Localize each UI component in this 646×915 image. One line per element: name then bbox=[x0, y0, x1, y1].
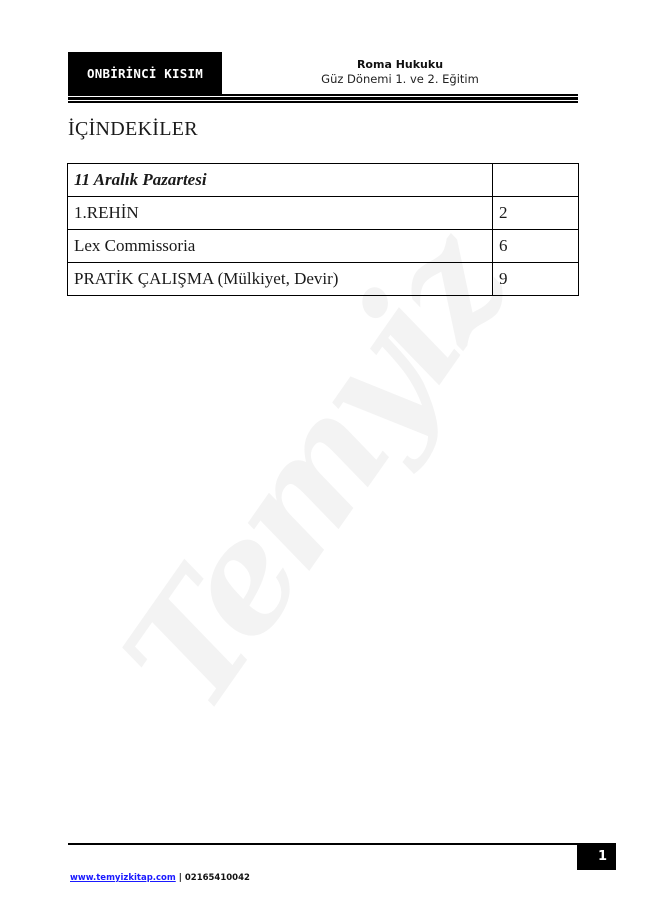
toc-row[interactable]: 1.REHİN 2 bbox=[68, 197, 579, 230]
footer-separator: | bbox=[179, 873, 182, 883]
toc-title: İÇİNDEKİLER bbox=[68, 118, 198, 141]
phone-number: 02165410042 bbox=[185, 873, 250, 883]
header-rule bbox=[68, 101, 578, 103]
header-rule bbox=[68, 94, 578, 96]
toc-entry-page: 2 bbox=[493, 197, 579, 230]
toc-entry-page: 6 bbox=[493, 230, 579, 263]
toc-entry-label[interactable]: PRATİK ÇALIŞMA (Mülkiyet, Devir) bbox=[68, 263, 493, 296]
course-title: Roma Hukuku bbox=[222, 58, 578, 72]
toc-entry-label[interactable]: Lex Commissoria bbox=[68, 230, 493, 263]
part-label-box: ONBİRİNCİ KISIM bbox=[68, 52, 222, 94]
toc-page-cell bbox=[493, 164, 579, 197]
toc-row[interactable]: Lex Commissoria 6 bbox=[68, 230, 579, 263]
toc-row[interactable]: PRATİK ÇALIŞMA (Mülkiyet, Devir) 9 bbox=[68, 263, 579, 296]
header-course-info: Roma Hukuku Güz Dönemi 1. ve 2. Eğitim bbox=[222, 58, 578, 87]
footer-contact: www.temyizkitap.com|02165410042 bbox=[70, 873, 250, 883]
footer-rule bbox=[68, 843, 577, 845]
page-number-box: 1 bbox=[577, 843, 616, 870]
header-rule bbox=[68, 97, 578, 100]
course-subtitle: Güz Dönemi 1. ve 2. Eğitim bbox=[222, 72, 578, 87]
toc-entry-page: 9 bbox=[493, 263, 579, 296]
toc-section-heading: 11 Aralık Pazartesi bbox=[68, 164, 493, 197]
toc-entry-label[interactable]: 1.REHİN bbox=[68, 197, 493, 230]
toc-section-row: 11 Aralık Pazartesi bbox=[68, 164, 579, 197]
toc-table: 11 Aralık Pazartesi 1.REHİN 2 Lex Commis… bbox=[67, 163, 579, 296]
website-link[interactable]: www.temyizkitap.com bbox=[70, 873, 176, 883]
page-number: 1 bbox=[598, 849, 607, 864]
part-label: ONBİRİNCİ KISIM bbox=[87, 66, 203, 81]
